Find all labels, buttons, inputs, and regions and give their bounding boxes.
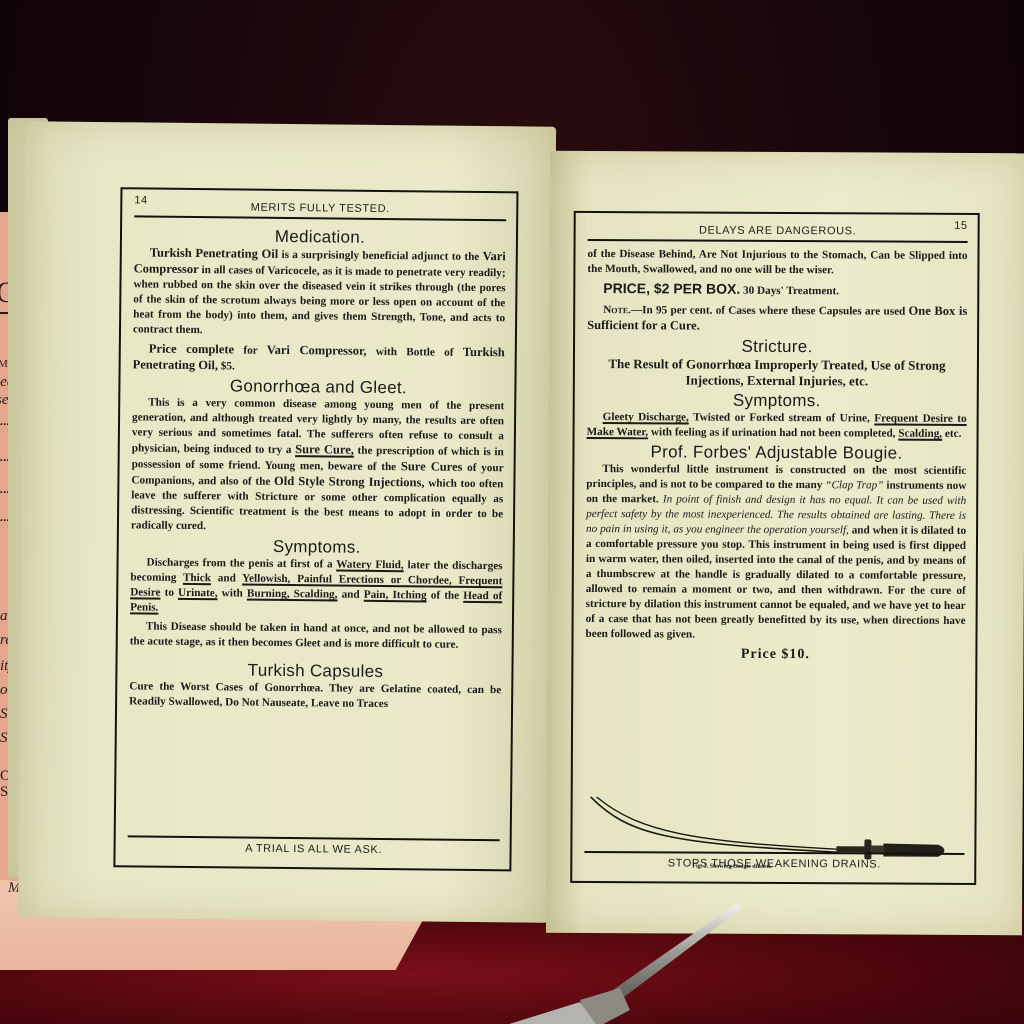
underlined-text: Urinate, <box>178 587 218 599</box>
page-14-footer: A TRIAL IS ALL WE ASK. <box>127 835 499 861</box>
paragraph-penetrating-oil: Turkish Penetrating Oil is a surprisingl… <box>133 245 506 341</box>
paragraph-capsules-continued: of the Disease Behind, Are Not Injurious… <box>587 247 967 279</box>
underlined-text: Watery Fluid, <box>336 559 404 572</box>
page-15-footer: STOPS THOSE WEAKENING DRAINS. <box>584 851 964 875</box>
heading-gonorrhoea: Gonorrhœa and Gleet. <box>132 377 504 396</box>
bougie-price: Price $10. <box>585 646 965 663</box>
paragraph-symptoms: Discharges from the penis at first of a … <box>130 555 503 619</box>
underlined-text: Scalding, <box>898 428 942 440</box>
text: and <box>337 589 363 601</box>
page-15: DELAYS ARE DANGEROUS. 15 of the Disease … <box>546 151 1024 935</box>
text: of the <box>427 589 464 601</box>
page-15-header: DELAYS ARE DANGEROUS. 15 <box>588 215 968 243</box>
running-head: DELAYS ARE DANGEROUS. <box>588 224 968 238</box>
note-label: Note. <box>603 304 631 316</box>
page-14-body: Medication. Turkish Penetrating Oil is a… <box>129 223 506 717</box>
stricture-subtitle: The Result of Gonorrhœa Improperly Treat… <box>587 356 967 390</box>
page-14-header: 14 MERITS FULLY TESTED. <box>134 191 506 221</box>
page-14: 14 MERITS FULLY TESTED. Medication. Turk… <box>18 121 556 923</box>
text: with Bottle of <box>367 346 463 359</box>
text: is a surprisingly beneficial adjunct to … <box>278 249 483 263</box>
page-number: 15 <box>954 220 968 232</box>
paragraph-stricture-symptoms: Gleety Discharge, Twisted or Forked stre… <box>587 410 967 442</box>
text: 30 Days' Treatment. <box>740 285 839 298</box>
heading-bougie: Prof. Forbes' Adjustable Bougie. <box>586 444 966 461</box>
underlined-text: Gleety Discharge, <box>603 411 689 423</box>
bold-text: Vari Compressor, <box>267 343 367 358</box>
paragraph-capsules: Cure the Worst Cases of Gonorrhœa. They … <box>129 679 501 713</box>
heading-medication: Medication. <box>134 227 506 246</box>
note-paragraph: Note.—In 95 per cent. of Cases where the… <box>587 302 967 336</box>
bold-text: Price complete <box>149 342 234 357</box>
heading-symptoms: Symptoms. <box>131 537 503 556</box>
underlined-text: Pain, Itching <box>364 589 427 602</box>
page-15-border: DELAYS ARE DANGEROUS. 15 of the Disease … <box>570 211 980 885</box>
heading-symptoms: Symptoms. <box>587 392 967 409</box>
text: $5. <box>218 360 235 372</box>
text: etc. <box>942 428 961 440</box>
paragraph-price-compressor: Price complete for Vari Compressor, with… <box>133 341 505 377</box>
text: to <box>160 587 178 599</box>
text: for <box>234 344 267 356</box>
text: with feeling as if urination had not bee… <box>648 426 898 439</box>
heading-turkish-capsules: Turkish Capsules <box>129 661 501 680</box>
underlined-text: Thick <box>183 572 211 584</box>
running-head: MERITS FULLY TESTED. <box>134 200 506 216</box>
italic-text: “Clap Trap” <box>825 479 883 491</box>
heading-stricture: Stricture. <box>587 338 967 355</box>
bold-text: Old Style Strong Injections, <box>274 474 425 490</box>
paragraph-disease-warning: This Disease should be taken in hand at … <box>130 619 502 653</box>
paragraph-bougie: This wonderful little instrument is cons… <box>585 462 966 644</box>
page-14-border: 14 MERITS FULLY TESTED. Medication. Turk… <box>113 187 518 871</box>
text: Discharges from the penis at first of a <box>147 557 337 571</box>
metal-instrument-icon <box>480 890 780 1024</box>
text: with <box>217 587 247 599</box>
underlined-text: Burning, Scalding, <box>247 588 338 601</box>
paragraph-gonorrhoea: This is a very common disease among youn… <box>131 395 504 537</box>
underlined-text: Sure Cure, <box>295 442 354 457</box>
page-15-body: of the Disease Behind, Are Not Injurious… <box>585 247 967 663</box>
bold-text: Sure Cures <box>401 459 463 474</box>
text: —In 95 per cent. of Cases where these Ca… <box>631 304 909 317</box>
text: and <box>211 572 242 584</box>
price-label: PRICE, $2 PER BOX. <box>603 280 740 297</box>
text: Twisted or Forked stream of Urine, <box>689 411 874 424</box>
bold-text: Turkish Penetrating Oil <box>150 246 279 261</box>
price-per-box: PRICE, $2 PER BOX. 30 Days' Treatment. <box>587 281 967 300</box>
text: and when it is dilated to a comfortable … <box>585 524 966 640</box>
